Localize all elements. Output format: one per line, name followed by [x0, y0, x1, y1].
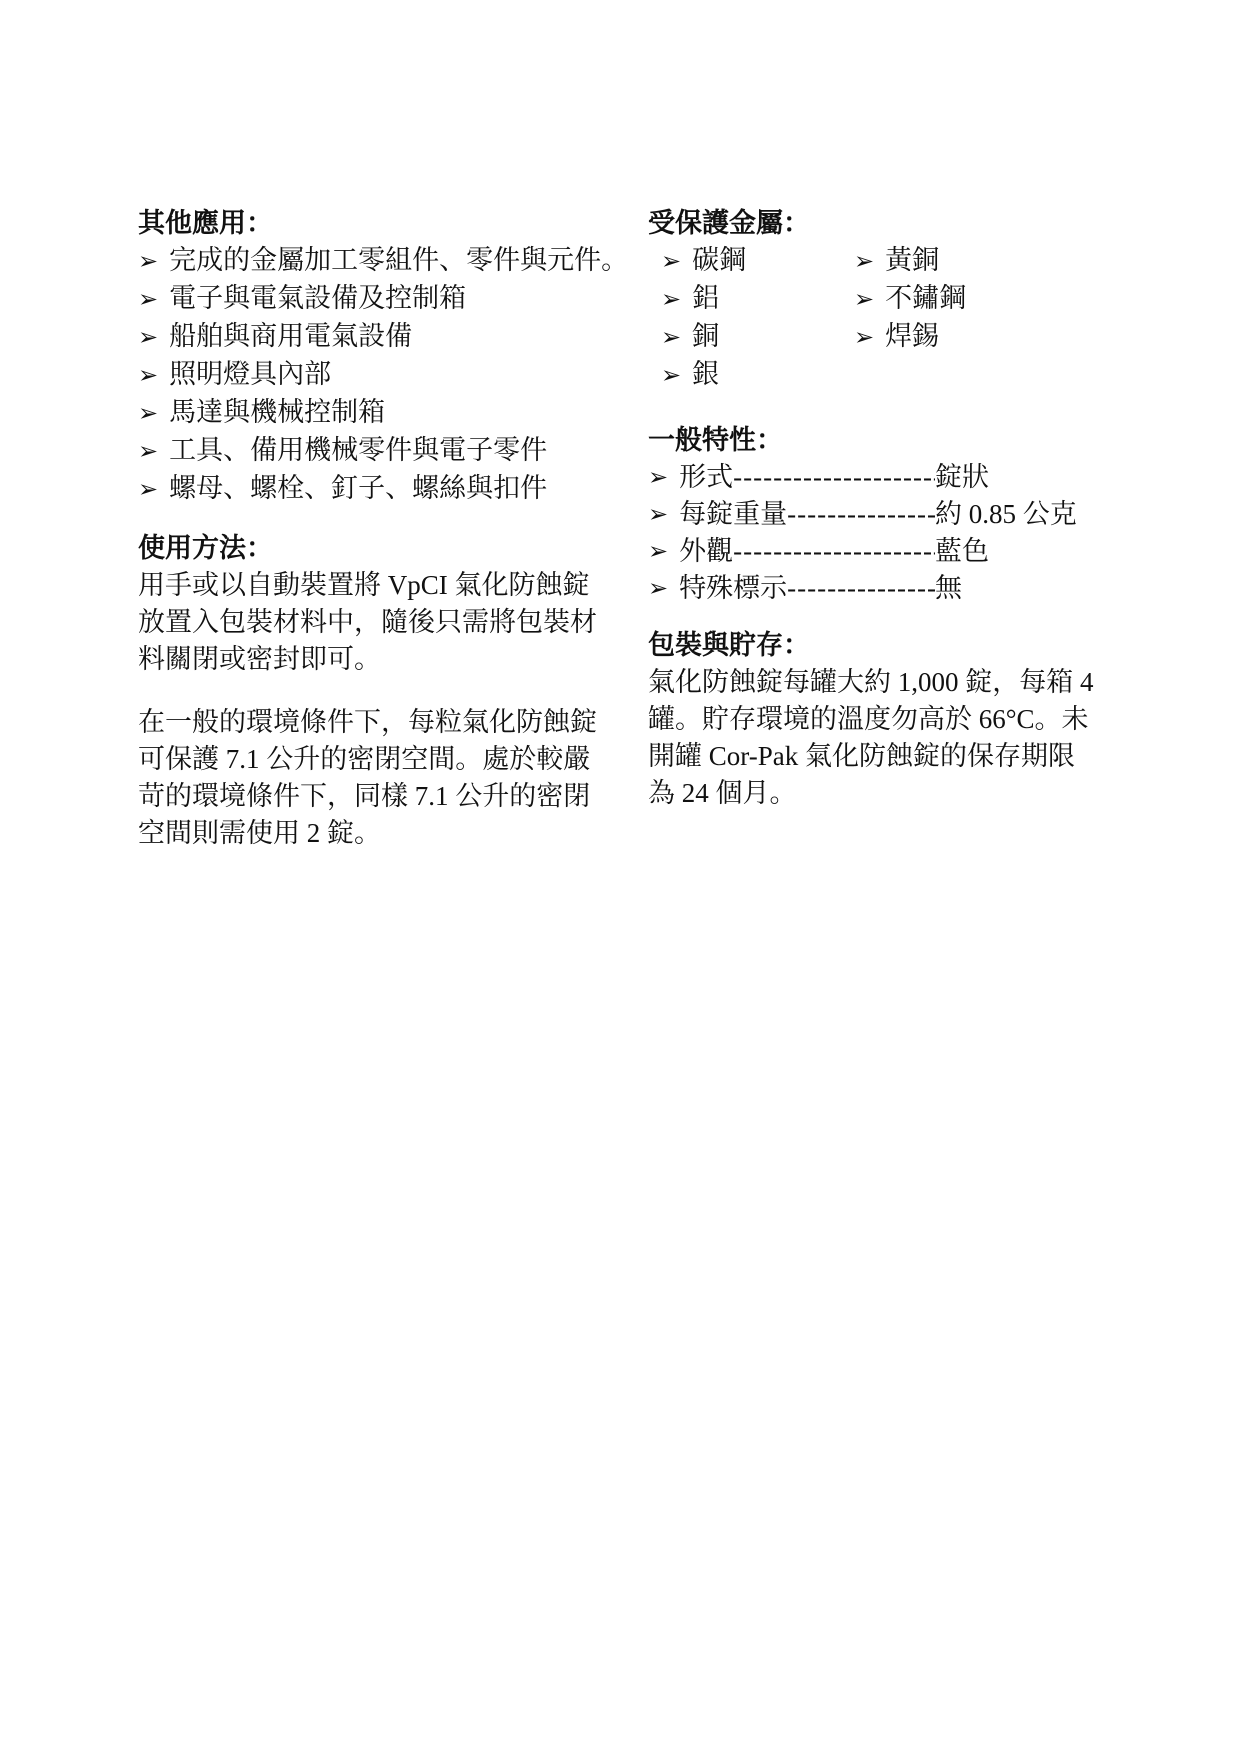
- arrow-bullet-icon: ➢: [648, 496, 668, 533]
- metal-name: 銀: [692, 359, 719, 389]
- property-row: ➢ 外觀 ------------------------ 藍色: [648, 533, 1126, 570]
- arrow-bullet-icon: ➢: [138, 357, 158, 394]
- list-item: ➢馬達與機械控制箱: [138, 394, 603, 432]
- list-item-text: 螺母、螺栓、釘子、螺絲與扣件: [169, 473, 547, 503]
- arrow-bullet-icon: ➢: [138, 319, 158, 356]
- property-label: 每錠重量: [679, 496, 787, 533]
- text-line: 苛的環境條件下，同樣 7.1 公升的密閉: [138, 778, 603, 815]
- arrow-bullet-icon: ➢: [648, 533, 668, 570]
- metal-item: ➢不鏽鋼: [854, 280, 1126, 318]
- arrow-bullet-icon: ➢: [854, 281, 874, 318]
- other-applications-list: ➢完成的金屬加工零組件、零件與元件。 ➢電子與電氣設備及控制箱 ➢船舶與商用電氣…: [138, 242, 603, 508]
- left-column: 其他應用： ➢完成的金屬加工零組件、零件與元件。 ➢電子與電氣設備及控制箱 ➢船…: [138, 205, 603, 852]
- document-page: 其他應用： ➢完成的金屬加工零組件、零件與元件。 ➢電子與電氣設備及控制箱 ➢船…: [0, 0, 1241, 1755]
- list-item-text: 照明燈具內部: [169, 359, 331, 389]
- property-value: 藍色: [935, 533, 1126, 570]
- metal-name: 黃銅: [885, 245, 939, 275]
- list-item: ➢完成的金屬加工零組件、零件與元件。: [138, 242, 603, 280]
- property-row: ➢ 形式 ------------------------ 錠狀: [648, 459, 1126, 496]
- arrow-bullet-icon: ➢: [661, 319, 681, 356]
- general-properties-list: ➢ 形式 ------------------------ 錠狀 ➢ 每錠重量 …: [648, 459, 1126, 607]
- text-line: 可保護 7.1 公升的密閉空間。處於較嚴: [138, 741, 603, 778]
- usage-heading: 使用方法：: [138, 530, 603, 567]
- protected-metals-heading: 受保護金屬：: [648, 205, 1126, 242]
- arrow-bullet-icon: ➢: [648, 570, 668, 607]
- arrow-bullet-icon: ➢: [138, 433, 158, 470]
- arrow-bullet-icon: ➢: [138, 395, 158, 432]
- metal-name: 不鏽鋼: [885, 283, 966, 313]
- arrow-bullet-icon: ➢: [854, 243, 874, 280]
- arrow-bullet-icon: ➢: [648, 459, 668, 496]
- property-value: 約 0.85 公克: [935, 496, 1126, 533]
- other-applications-heading: 其他應用：: [138, 205, 603, 242]
- arrow-bullet-icon: ➢: [661, 281, 681, 318]
- text-line: 罐。貯存環境的溫度勿高於 66°C。未: [648, 701, 1126, 738]
- metals-column-2: ➢黃銅 ➢不鏽鋼 ➢焊錫: [854, 242, 1126, 394]
- arrow-bullet-icon: ➢: [661, 357, 681, 394]
- list-item: ➢螺母、螺栓、釘子、螺絲與扣件: [138, 470, 603, 508]
- text-line: 用手或以自動裝置將 VpCI 氣化防蝕錠: [138, 567, 603, 604]
- metal-name: 鋁: [692, 283, 719, 313]
- list-item: ➢照明燈具內部: [138, 356, 603, 394]
- packaging-storage-paragraph: 氣化防蝕錠每罐大約 1,000 錠，每箱 4 罐。貯存環境的溫度勿高於 66°C…: [648, 664, 1126, 812]
- metal-name: 銅: [692, 321, 719, 351]
- list-item-text: 電子與電氣設備及控制箱: [169, 283, 466, 313]
- property-dash-fill: ------------------: [787, 496, 935, 533]
- text-line: 料關閉或密封即可。: [138, 641, 603, 678]
- usage-paragraph-1: 用手或以自動裝置將 VpCI 氣化防蝕錠 放置入包裝材料中，隨後只需將包裝材 料…: [138, 567, 603, 678]
- list-item: ➢工具、備用機械零件與電子零件: [138, 432, 603, 470]
- metal-item: ➢銅: [661, 318, 854, 356]
- text-line: 放置入包裝材料中，隨後只需將包裝材: [138, 604, 603, 641]
- metal-item: ➢焊錫: [854, 318, 1126, 356]
- text-line: 氣化防蝕錠每罐大約 1,000 錠，每箱 4: [648, 664, 1126, 701]
- property-value: 無: [935, 570, 1126, 607]
- text-line: 空間則需使用 2 錠。: [138, 815, 603, 852]
- arrow-bullet-icon: ➢: [138, 471, 158, 508]
- metal-name: 碳鋼: [692, 245, 746, 275]
- metal-item: ➢碳鋼: [661, 242, 854, 280]
- arrow-bullet-icon: ➢: [661, 243, 681, 280]
- right-column: 受保護金屬： ➢碳鋼 ➢鋁 ➢銅 ➢銀 ➢黃銅 ➢不鏽鋼: [648, 205, 1126, 812]
- text-line: 開罐 Cor-Pak 氣化防蝕錠的保存期限: [648, 738, 1126, 775]
- property-row: ➢ 特殊標示 ------------------ 無: [648, 570, 1126, 607]
- property-label: 外觀: [679, 533, 733, 570]
- property-label: 特殊標示: [679, 570, 787, 607]
- metal-item: ➢黃銅: [854, 242, 1126, 280]
- text-line: 為 24 個月。: [648, 775, 1126, 812]
- property-dash-fill: ------------------------: [733, 533, 935, 570]
- packaging-storage-heading: 包裝與貯存：: [648, 627, 1126, 664]
- list-item: ➢船舶與商用電氣設備: [138, 318, 603, 356]
- arrow-bullet-icon: ➢: [138, 243, 158, 280]
- list-item-text: 完成的金屬加工零組件、零件與元件。: [169, 245, 628, 275]
- property-dash-fill: ------------------------: [733, 459, 935, 496]
- arrow-bullet-icon: ➢: [138, 281, 158, 318]
- list-item-text: 工具、備用機械零件與電子零件: [169, 435, 547, 465]
- text-line: 在一般的環境條件下，每粒氣化防蝕錠: [138, 704, 603, 741]
- general-properties-heading: 一般特性：: [648, 422, 1126, 459]
- list-item-text: 船舶與商用電氣設備: [169, 321, 412, 351]
- metal-item: ➢銀: [661, 356, 854, 394]
- property-value: 錠狀: [935, 459, 1126, 496]
- metal-name: 焊錫: [885, 321, 939, 351]
- list-item-text: 馬達與機械控制箱: [169, 397, 385, 427]
- metals-column-1: ➢碳鋼 ➢鋁 ➢銅 ➢銀: [661, 242, 854, 394]
- property-row: ➢ 每錠重量 ------------------ 約 0.85 公克: [648, 496, 1126, 533]
- list-item: ➢電子與電氣設備及控制箱: [138, 280, 603, 318]
- arrow-bullet-icon: ➢: [854, 319, 874, 356]
- property-dash-fill: ------------------: [787, 570, 935, 607]
- protected-metals-list: ➢碳鋼 ➢鋁 ➢銅 ➢銀 ➢黃銅 ➢不鏽鋼 ➢焊錫: [648, 242, 1126, 394]
- metal-item: ➢鋁: [661, 280, 854, 318]
- usage-paragraph-2: 在一般的環境條件下，每粒氣化防蝕錠 可保護 7.1 公升的密閉空間。處於較嚴 苛…: [138, 704, 603, 852]
- property-label: 形式: [679, 459, 733, 496]
